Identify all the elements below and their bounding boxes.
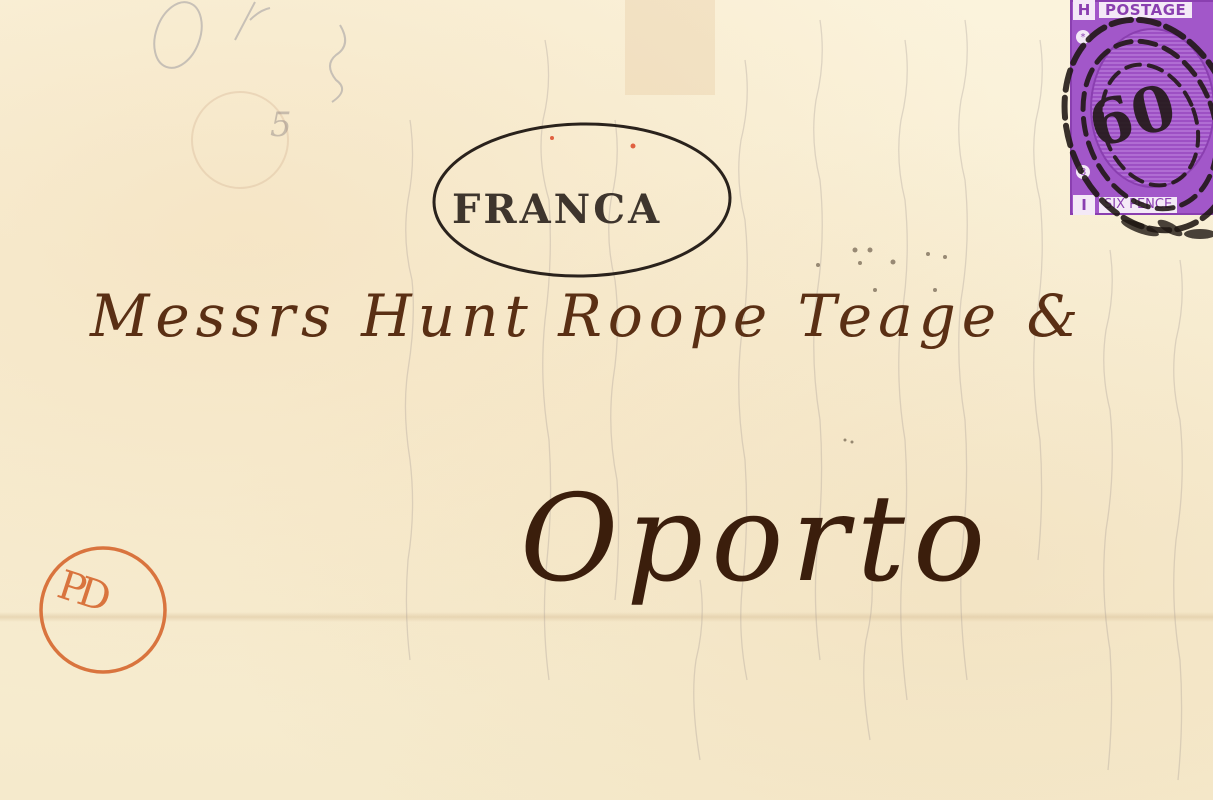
faint-numeral: 5 [270,105,292,145]
stamp-corner-letter-top: H [1073,0,1095,20]
queen-portrait [1090,28,1213,188]
stamp-postage-label: POSTAGE [1099,2,1192,18]
franca-handstamp: FRANCA [452,186,712,233]
address-city: Oporto [520,470,993,609]
stamp-corner-letter-bottom: I [1073,195,1095,215]
address-addressee: Messrs Hunt Roope Teage & [90,282,1210,350]
stamp-bottom-bar: I SIX PENCE [1070,195,1213,215]
bleed-through-script [0,0,1213,800]
stamp-plate-number: 8 [1076,165,1090,179]
star-icon: * [1076,30,1090,44]
stamp-value-label: SIX PENCE [1099,197,1177,213]
postal-cover: H POSTAGE * 8 I SIX PENCE 60 [0,0,1213,800]
postage-stamp: H POSTAGE * 8 I SIX PENCE [1070,0,1213,215]
stamp-top-bar: H POSTAGE [1070,0,1213,20]
